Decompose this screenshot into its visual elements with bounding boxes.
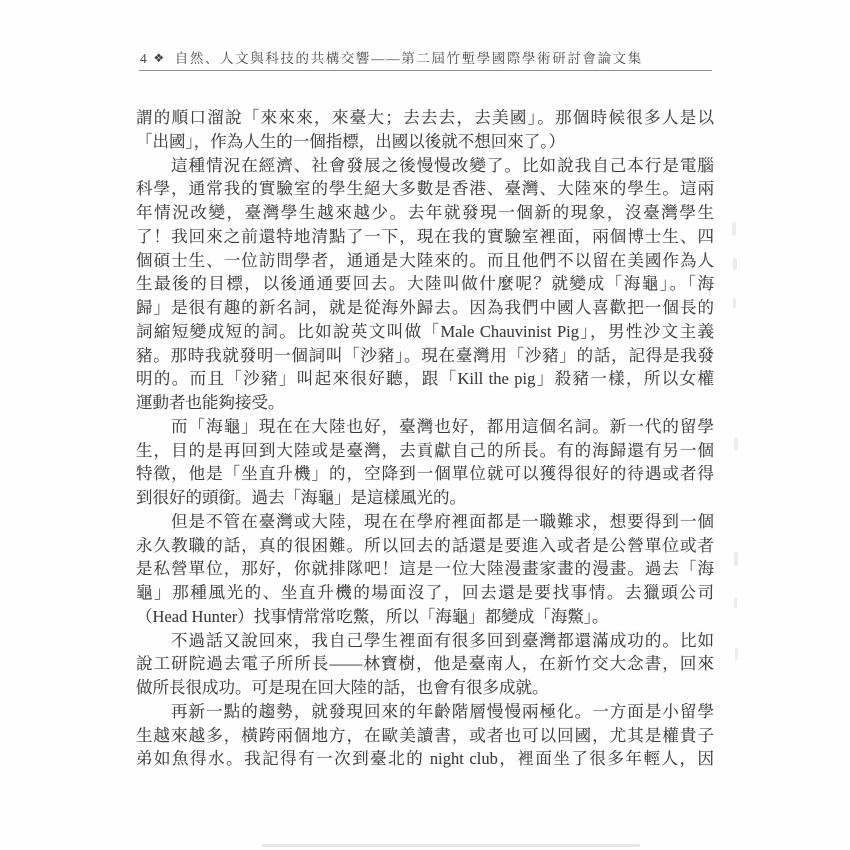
text-line: 謂的順口溜說「來來來，來臺大；去去去，去美國」。那個時候很多人是以	[136, 106, 714, 130]
text-line: 不過話又說回來，我自己學生裡面有很多回到臺灣都還滿成功的。比如	[136, 629, 714, 653]
text-line: 特徵，他是「坐直升機」的，空降到一個單位就可以獲得很好的待遇或者得	[136, 462, 714, 486]
text-line: 了！我回來之前還特地清點了一下，現在我的實驗室裡面，兩個博士生、四	[136, 225, 714, 249]
scan-artifact	[734, 438, 738, 450]
text-line: 再新一點的趨勢，就發現回來的年齡階層慢慢兩極化。一方面是小留學	[136, 700, 714, 724]
text-line: 歸」是很有趣的新名詞，就是從海外歸去。因為我們中國人喜歡把一個長的	[136, 296, 714, 320]
text-line: 運動者也能夠接受。	[136, 391, 714, 415]
scan-artifact	[735, 648, 738, 660]
text-line: 「出國」，作為人生的一個指標，出國以後就不想回來了。）	[136, 130, 714, 154]
text-line: 明的。而且「沙豬」叫起來很好聽，跟「Kill the pig」殺豬一樣，所以女權	[136, 367, 714, 391]
text-line: 弟如魚得水。我記得有一次到臺北的 night club，裡面坐了很多年輕人，因	[136, 747, 714, 771]
ornament-icon: ❖	[153, 51, 165, 65]
text-line: 生，目的是再回到大陸或是臺灣，去貢獻自己的所長。有的海歸還有另一個	[136, 439, 714, 463]
scan-artifact	[734, 598, 737, 608]
text-line: 詞縮短變成短的詞。比如說英文叫做「Male Chauvinist Pig」，男性…	[136, 320, 714, 344]
scan-artifact	[732, 222, 736, 236]
text-line: 生越來越多，橫跨兩個地方，在歐美讀書，或者也可以回國，尤其是權貴子	[136, 724, 714, 748]
text-line: 生最後的目標，以後通通要回去。大陸叫做什麼呢？就變成「海龜」。「海	[136, 272, 714, 296]
scan-artifact	[733, 298, 736, 308]
scan-artifact	[733, 258, 737, 270]
header-title: 自然、人文與科技的共構交響——第二屆竹塹學國際學術研討會論文集	[175, 51, 643, 66]
text-line: 龜」那種風光的、坐直升機的場面沒了，回去還是要找事情。去獵頭公司	[136, 581, 714, 605]
header-divider	[139, 70, 712, 71]
text-line: 這種情況在經濟、社會發展之後慢慢改變了。比如說我自己本行是電腦	[136, 154, 714, 178]
text-line: 到很好的頭銜。過去「海龜」是這樣風光的。	[136, 486, 714, 510]
text-line: 豬。那時我就發明一個詞叫「沙豬」。現在臺灣用「沙豬」的話，記得是我發	[136, 344, 714, 368]
text-line: 是私營單位，那好，你就排隊吧！這是一位大陸漫畫家畫的漫畫。過去「海	[136, 557, 714, 581]
book-page: 4❖自然、人文與科技的共構交響——第二屆竹塹學國際學術研討會論文集 謂的順口溜說…	[0, 0, 850, 850]
body-text: 謂的順口溜說「來來來，來臺大；去去去，去美國」。那個時候很多人是以「出國」，作為…	[136, 106, 714, 771]
page-number: 4	[140, 51, 148, 66]
text-line: 個碩士生、一位訪問學者，通通是大陸來的。而且他們不以留在美國作為人	[136, 249, 714, 273]
text-line: 年情況改變，臺灣學生越來越少。去年就發現一個新的現象，沒臺灣學生	[136, 201, 714, 225]
scan-artifact	[734, 552, 738, 566]
text-line: 說工研院過去電子所所長——林寶樹，他是臺南人，在新竹交大念書，回來	[136, 652, 714, 676]
text-line: 科學，通常我的實驗室的學生絕大多數是香港、臺灣、大陸來的學生。這兩	[136, 177, 714, 201]
page-header: 4❖自然、人文與科技的共構交響——第二屆竹塹學國際學術研討會論文集	[140, 47, 720, 67]
text-line: （Head Hunter）找事情常常吃鱉，所以「海龜」都變成「海鱉」。	[136, 605, 714, 629]
scan-artifact	[262, 844, 640, 847]
text-line: 做所長很成功。可是現在回大陸的話，也會有很多成就。	[136, 676, 714, 700]
text-line: 而「海龜」現在在大陸也好，臺灣也好，都用這個名詞。新一代的留學	[136, 415, 714, 439]
text-line: 永久教職的話，真的很困難。所以回去的話還是要進入或者是公營單位或者	[136, 534, 714, 558]
text-line: 但是不管在臺灣或大陸，現在在學府裡面都是一職難求，想要得到一個	[136, 510, 714, 534]
